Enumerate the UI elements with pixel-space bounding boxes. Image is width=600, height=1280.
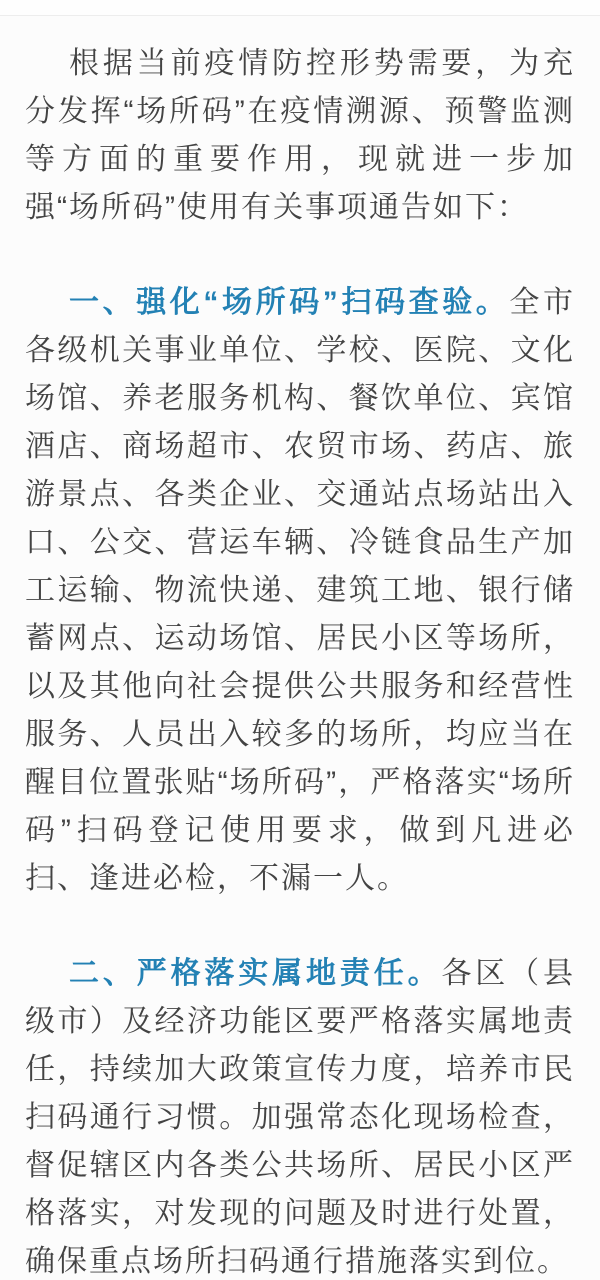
notice-article: 根据当前疫情防控形势需要，为充分发挥“场所码”在疫情溯源、预警监测等方面的重要作… xyxy=(0,16,600,1280)
page: 根据当前疫情防控形势需要，为充分发挥“场所码”在疫情溯源、预警监测等方面的重要作… xyxy=(0,0,600,1280)
paragraph-section-2: 二、严格落实属地责任。各区（县级市）及经济功能区要严格落实属地责任，持续加大政策… xyxy=(25,950,575,1280)
paragraph-section-1: 一、强化“场所码”扫码查验。全市各级机关事业单位、学校、医院、文化场馆、养老服务… xyxy=(25,279,575,903)
top-edge-divider xyxy=(0,0,600,16)
section-1-body: 全市各级机关事业单位、学校、医院、文化场馆、养老服务机构、餐饮单位、宾馆酒店、商… xyxy=(25,286,575,895)
intro-text: 根据当前疫情防控形势需要，为充分发挥“场所码”在疫情溯源、预警监测等方面的重要作… xyxy=(25,47,575,224)
section-1-heading: 一、强化“场所码”扫码查验。 xyxy=(69,286,509,319)
section-2-body: 各区（县级市）及经济功能区要严格落实属地责任，持续加大政策宣传力度，培养市民扫码… xyxy=(25,957,575,1278)
paragraph-intro: 根据当前疫情防控形势需要，为充分发挥“场所码”在疫情溯源、预警监测等方面的重要作… xyxy=(25,40,575,232)
section-2-heading: 二、严格落实属地责任。 xyxy=(69,957,441,990)
